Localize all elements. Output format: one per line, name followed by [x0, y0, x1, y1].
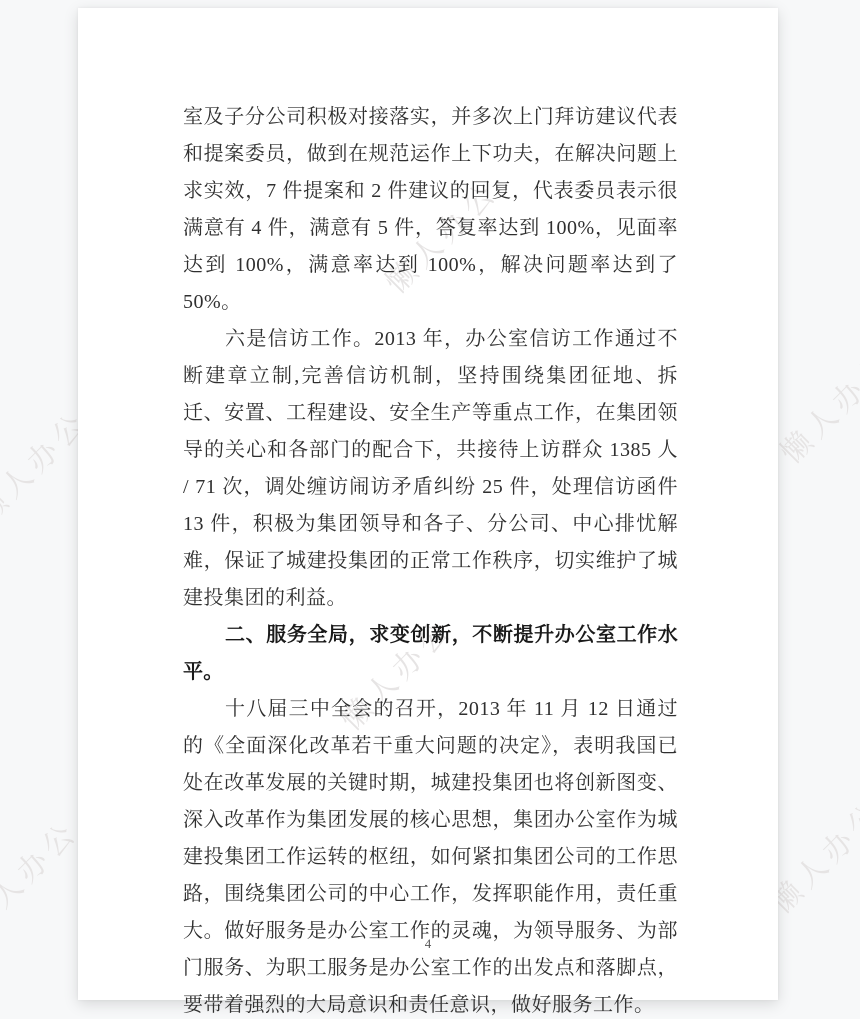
- page-number: 4: [78, 936, 778, 952]
- section-heading: 二、服务全局，求变创新，不断提升办公室工作水平。: [183, 617, 678, 691]
- document-canvas: 懒人办公 懒人办公 懒人办公 懒人办公 懒人办公 懒人办公 室及子分公司积极对接…: [0, 0, 860, 1019]
- paragraph-service-overall: 十八届三中全会的召开，2013 年 11 月 12 日通过的《全面深化改革若干重…: [183, 691, 678, 1019]
- document-content: 室及子分公司积极对接落实，并多次上门拜访建议代表和提案委员，做到在规范运作上下功…: [183, 99, 678, 1019]
- document-page: 懒人办公 懒人办公 室及子分公司积极对接落实，并多次上门拜访建议代表和提案委员，…: [78, 8, 778, 1000]
- paragraph-petition-reply-stats: 室及子分公司积极对接落实，并多次上门拜访建议代表和提案委员，做到在规范运作上下功…: [183, 99, 678, 321]
- paragraph-letters-visits-work: 六是信访工作。2013 年，办公室信访工作通过不断建章立制,完善信访机制，坚持围…: [183, 321, 678, 617]
- watermark: 懒人办公: [769, 339, 860, 472]
- screen: { "page": { "number": "4" }, "watermark"…: [0, 0, 860, 1019]
- watermark: 懒人办公: [0, 809, 86, 942]
